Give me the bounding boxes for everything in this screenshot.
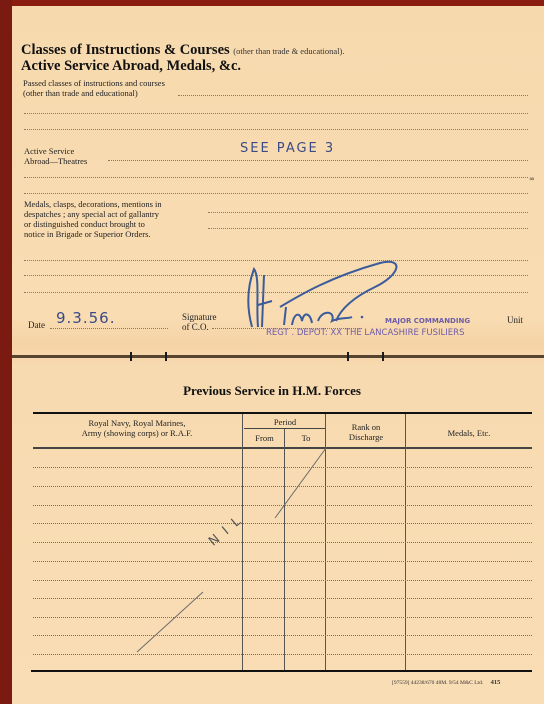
nil-strike-line-icon (130, 440, 340, 660)
date-value: 9.3.56. (56, 309, 115, 327)
passed-classes-label-2: (other than trade and educational) (23, 88, 138, 98)
table-bottom-rule (31, 670, 532, 672)
ruled-line (208, 228, 528, 229)
col-header-period: Period (244, 417, 326, 427)
ruled-line (24, 113, 528, 114)
period-divider (244, 428, 326, 429)
table-top-rule (33, 412, 532, 414)
heading-note: (other than trade & educational). (233, 46, 344, 56)
passed-classes-line (178, 95, 528, 96)
date-label: Date (28, 320, 45, 330)
col-header-rank-1: Rank on (327, 422, 405, 432)
stamp-unit: REGT . DEPOT: XX THE LANCASHIRE FUSILIER… (266, 328, 464, 338)
page-fold (12, 355, 544, 358)
ruled-line (24, 177, 528, 178)
stitch (130, 352, 132, 361)
heading-line-2: Active Service Abroad, Medals, &c. (21, 58, 241, 75)
col-header-medals: Medals, Etc. (406, 428, 532, 438)
cover-binding-top (0, 0, 544, 6)
medals-label-2: despatches ; any special act of gallantr… (24, 209, 159, 219)
ruled-line (24, 129, 528, 130)
medals-label-1: Medals, clasps, decorations, mentions in (24, 199, 162, 209)
active-service-label-2: Abroad—Theatres (24, 156, 87, 166)
col-header-service-1: Royal Navy, Royal Marines, (34, 418, 240, 428)
medals-label-4: notice in Brigade or Superior Orders. (24, 229, 151, 239)
passed-classes-label-1: Passed classes of instructions and cours… (23, 78, 165, 88)
unit-label: Unit (507, 315, 523, 325)
stamp-title: MAJOR COMMANDING (385, 317, 470, 325)
printer-imprint: [97559] 44238/670 48M. 9/54 M&C Ltd. 415 (392, 679, 500, 686)
cover-binding-left (0, 0, 12, 704)
signature-label-1: Signature (182, 312, 217, 322)
ruled-line (208, 212, 528, 213)
footer-code: [97559] 44238/670 48M. 9/54 M&C Ltd. (392, 680, 483, 686)
ruled-line (108, 160, 528, 161)
mark-icon: ∞ (529, 175, 535, 183)
stitch (382, 352, 384, 361)
date-line (50, 328, 168, 329)
table-title: Previous Service in H.M. Forces (0, 383, 544, 399)
col-header-service-2: Army (showing corps) or R.A.F. (34, 428, 240, 438)
signature-label-2: of C.O. (182, 322, 209, 332)
stitch (165, 352, 167, 361)
medals-label-3: or distinguished conduct brought to (24, 219, 145, 229)
heading-line-1: Classes of Instructions & Courses (21, 42, 230, 58)
form-number: 415 (491, 679, 501, 686)
active-service-label-1: Active Service (24, 146, 74, 156)
ruled-line (24, 193, 528, 194)
stitch (347, 352, 349, 361)
active-service-value: SEE PAGE 3 (240, 141, 335, 156)
